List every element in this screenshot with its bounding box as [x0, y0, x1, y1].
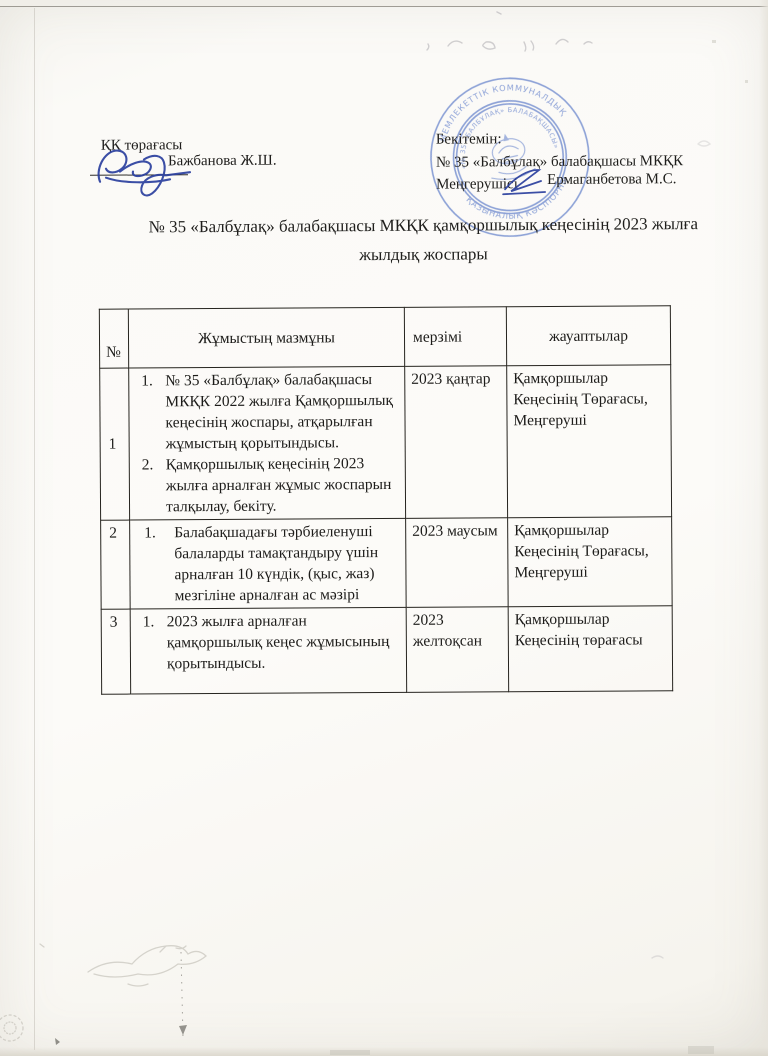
row-term: 2023 желтоқсан: [406, 607, 509, 693]
left-signer-name: Бажбанова Ж.Ш.: [168, 153, 277, 171]
item-marker: 1.: [141, 370, 166, 454]
row-responsible: Қамқоршылар Кеңесінің Төрағасы, Меңгеруш…: [508, 517, 673, 607]
row-number: 1: [100, 368, 130, 520]
row-responsible: Қамқоршылар Кеңесінің Төрағасы, Меңгеруш…: [507, 365, 672, 518]
right-signer-name: Ермаганбетова М.С.: [547, 171, 677, 189]
scanned-document-page: МЕМЛЕКЕТТІК КОММУНАЛДЫҚ ҚАЗЫНАЛЫҚ КӘСІПО…: [0, 0, 768, 1056]
item-text: 2023 жылға арналған қамқоршылық кеңес жұ…: [167, 610, 400, 674]
document-title: № 35 «Балбұлақ» балабақшасы МКҚК қамқорш…: [143, 209, 703, 270]
header-responsible: жауаптылар: [506, 306, 670, 366]
item-marker: 2.: [142, 454, 166, 517]
item-text: Балабақшадағы тәрбиеленуші балаларды там…: [174, 521, 400, 606]
approval-label: Бекітемін:: [436, 131, 502, 147]
item-text: № 35 «Балбұлақ» балабақшасы МКҚК 2022 жы…: [165, 369, 399, 454]
header-num: №: [99, 309, 128, 368]
annual-plan-table: № Жұмыстың мазмұны мерзімі жауаптылар 1 …: [99, 305, 673, 694]
item-marker: 1.: [143, 611, 167, 674]
content-item: 2. Қамқоршылық кеңесінің 2023 жылға арна…: [142, 453, 399, 518]
table-row: 2 1. Балабақшадағы тәрбиеленуші балалард…: [101, 517, 673, 609]
table-header-row: № Жұмыстың мазмұны мерзімі жауаптылар: [99, 306, 670, 368]
manager-signature-ink: [501, 165, 547, 199]
row-content: 1. 2023 жылға арналған қамқоршылық кеңес…: [130, 607, 407, 694]
row-responsible: Қамқоршылар Кеңесінің төрағасы: [508, 606, 673, 692]
content-item: 1. № 35 «Балбұлақ» балабақшасы МКҚК 2022…: [141, 369, 399, 455]
row-content: 1. Балабақшадағы тәрбиеленуші балаларды …: [130, 518, 407, 609]
row-number: 3: [101, 609, 131, 694]
header-content: Жұмыстың мазмұны: [128, 307, 404, 368]
item-text: Қамқоршылық кеңесінің 2023 жылға арналға…: [166, 453, 399, 517]
row-term: 2023 маусым: [406, 518, 509, 608]
row-term: 2023 қаңтар: [405, 366, 508, 519]
content-item: 1. Балабақшадағы тәрбиеленуші балаларды …: [142, 521, 400, 607]
content-item: 1. 2023 жылға арналған қамқоршылық кеңес…: [143, 610, 400, 675]
header-term: мерзімі: [404, 307, 506, 367]
organization-name: № 35 «Балбұлақ» балабақшасы МКҚК: [436, 153, 683, 171]
table-row: 3 1. 2023 жылға арналған қамқоршылық кең…: [101, 606, 673, 694]
item-marker: 1.: [142, 522, 175, 606]
document-content: МЕМЛЕКЕТТІК КОММУНАЛДЫҚ ҚАЗЫНАЛЫҚ КӘСІПО…: [0, 0, 768, 1056]
table-row: 1 1. № 35 «Балбұлақ» балабақшасы МКҚК 20…: [100, 365, 672, 520]
row-number: 2: [101, 520, 131, 609]
row-content: 1. № 35 «Балбұлақ» балабақшасы МКҚК 2022…: [129, 366, 406, 520]
